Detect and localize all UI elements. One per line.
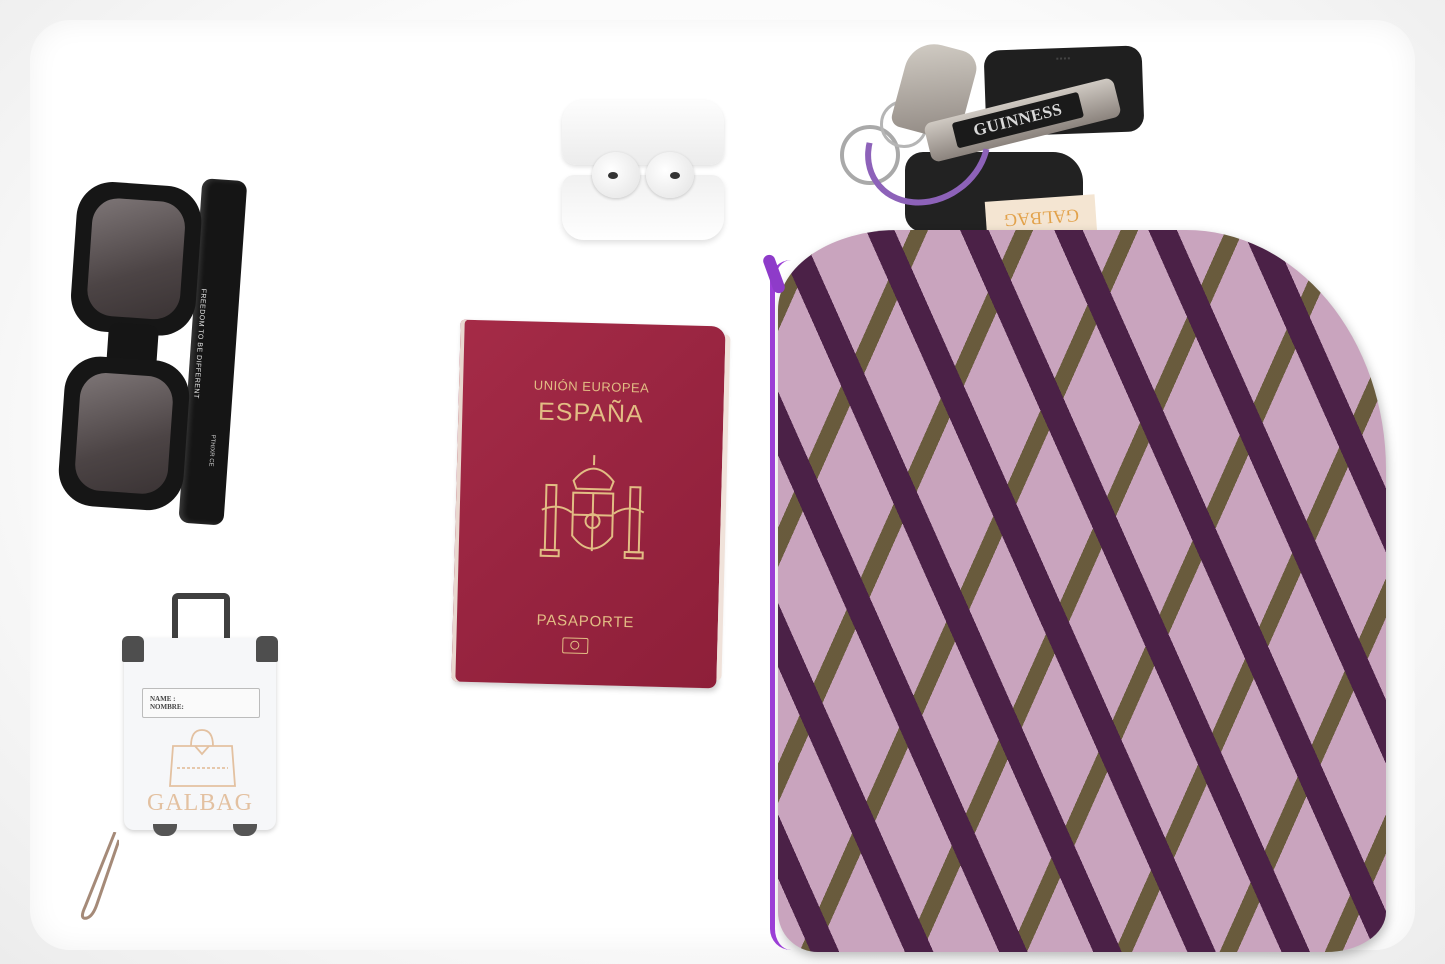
tag-nombre-label: NOMBRE: (150, 703, 259, 711)
passport-title-text: PASAPORTE (453, 609, 718, 633)
airpods-base (562, 175, 724, 240)
passport-union-text: UNIÓN EUROPEA (459, 376, 724, 398)
tag-name-label: NAME : (150, 695, 259, 703)
earbud-right (646, 152, 694, 198)
tag-corner (122, 636, 144, 662)
pouch-fabric (778, 230, 1386, 952)
tag-name-window: NAME : NOMBRE: (142, 688, 260, 718)
biometric-chip-icon (562, 637, 588, 654)
tag-corner (256, 636, 278, 662)
earbud-left (592, 152, 640, 198)
passport-country-text: ESPAÑA (458, 396, 724, 432)
passport: UNIÓN EUROPEA ESPAÑA PASAPORTE (451, 320, 725, 689)
luggage-tag: NAME : NOMBRE: GALBAG (120, 638, 280, 833)
tag-brand-text: GALBAG (120, 790, 280, 817)
sunglasses-lens-top (69, 180, 204, 338)
bag-logo-icon (165, 726, 240, 791)
pouch-zipper (770, 260, 791, 950)
tag-strap (75, 832, 119, 922)
pouch: GALBAG (768, 220, 1388, 952)
coat-of-arms-icon (536, 450, 649, 573)
airpods-case (562, 100, 724, 240)
sunglasses: FREEDOM TO BE DIFFERENT PTH/XR CE (42, 159, 258, 551)
airpods-lid (562, 100, 724, 165)
sunglasses-lens-bottom (56, 354, 191, 512)
